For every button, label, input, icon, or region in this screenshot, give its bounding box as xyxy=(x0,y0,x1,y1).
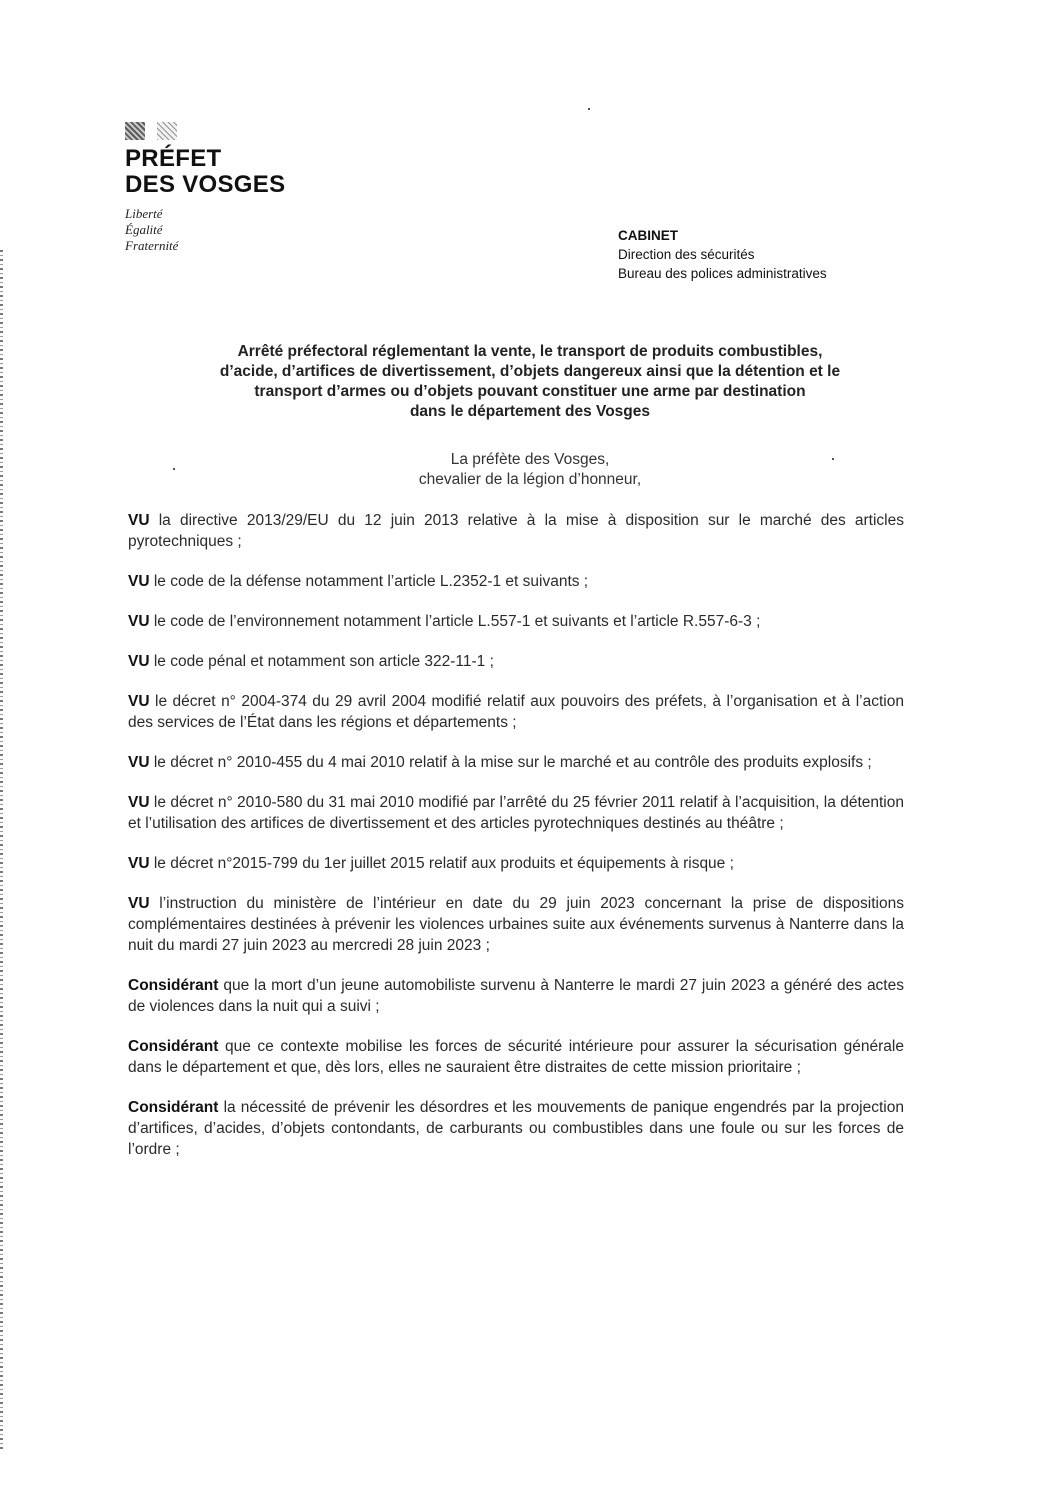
para-text: que ce contexte mobilise les forces de s… xyxy=(128,1038,904,1076)
para-lead: Considérant xyxy=(128,977,218,994)
considerant-paragraph: Considérant que ce contexte mobilise les… xyxy=(128,1036,904,1078)
vu-paragraph: VU le décret n° 2010-580 du 31 mai 2010 … xyxy=(128,792,904,834)
scan-edge-artifact xyxy=(0,250,3,1450)
para-text: le décret n°2015-799 du 1er juillet 2015… xyxy=(150,855,734,872)
title-line-1: Arrêté préfectoral réglementant la vente… xyxy=(150,342,910,362)
motto-egalite: Égalité xyxy=(125,222,285,238)
prefet-line-1: PRÉFET xyxy=(125,146,285,172)
para-text: le décret n° 2004-374 du 29 avril 2004 m… xyxy=(128,693,904,731)
vu-paragraph: VU le décret n°2015-799 du 1er juillet 2… xyxy=(128,853,904,874)
considerant-paragraph: Considérant que la mort d’un jeune autom… xyxy=(128,975,904,1017)
marianne-right-icon xyxy=(157,122,177,140)
republic-motto: Liberté Égalité Fraternité xyxy=(125,206,285,254)
para-text: le décret n° 2010-455 du 4 mai 2010 rela… xyxy=(150,754,872,771)
title-line-3: transport d’armes ou d’objets pouvant co… xyxy=(150,382,910,402)
para-text: le code pénal et notamment son article 3… xyxy=(150,653,494,670)
para-lead: VU xyxy=(128,794,150,811)
para-lead: VU xyxy=(128,855,150,872)
para-text: le décret n° 2010-580 du 31 mai 2010 mod… xyxy=(128,794,904,832)
vu-paragraph: VU le décret n° 2010-455 du 4 mai 2010 r… xyxy=(128,752,904,773)
authority-line-2: chevalier de la légion d’honneur, xyxy=(150,470,910,490)
vu-paragraph: VU le code pénal et notamment son articl… xyxy=(128,651,904,672)
para-lead: Considérant xyxy=(128,1038,218,1055)
para-lead: VU xyxy=(128,512,150,529)
considerant-paragraph: Considérant la nécessité de prévenir les… xyxy=(128,1097,904,1160)
service-bureau: Bureau des polices administratives xyxy=(618,264,827,283)
para-lead: VU xyxy=(128,573,150,590)
para-text: le code de l’environnement notamment l’a… xyxy=(150,613,761,630)
vu-paragraph: VU le code de l’environnement notamment … xyxy=(128,611,904,632)
para-text: que la mort d’un jeune automobiliste sur… xyxy=(128,977,904,1015)
service-direction: Direction des sécurités xyxy=(618,245,827,264)
para-lead: VU xyxy=(128,754,150,771)
vu-paragraph: VU le code de la défense notamment l’art… xyxy=(128,571,904,592)
document-body: VU la directive 2013/29/EU du 12 juin 20… xyxy=(128,510,904,1179)
motto-fraternite: Fraternité xyxy=(125,238,285,254)
authority-block: La préfète des Vosges, chevalier de la l… xyxy=(150,450,910,490)
issuing-service: CABINET Direction des sécurités Bureau d… xyxy=(618,226,827,283)
para-lead: VU xyxy=(128,653,150,670)
vu-paragraph: VU la directive 2013/29/EU du 12 juin 20… xyxy=(128,510,904,552)
title-line-4: dans le département des Vosges xyxy=(150,402,910,422)
para-lead: VU xyxy=(128,613,150,630)
para-lead: VU xyxy=(128,693,150,710)
vu-paragraph: VU l’instruction du ministère de l’intér… xyxy=(128,893,904,956)
service-head: CABINET xyxy=(618,226,827,245)
prefecture-logo: PRÉFET DES VOSGES Liberté Égalité Frater… xyxy=(125,122,285,254)
prefet-line-2: DES VOSGES xyxy=(125,172,285,198)
motto-liberte: Liberté xyxy=(125,206,285,222)
authority-line-1: La préfète des Vosges, xyxy=(150,450,910,470)
para-text: la nécessité de prévenir les désordres e… xyxy=(128,1099,904,1158)
decree-title: Arrêté préfectoral réglementant la vente… xyxy=(150,342,910,422)
vu-paragraph: VU le décret n° 2004-374 du 29 avril 200… xyxy=(128,691,904,733)
para-text: la directive 2013/29/EU du 12 juin 2013 … xyxy=(128,512,904,550)
para-text: le code de la défense notamment l’articl… xyxy=(150,573,589,590)
para-text: l’instruction du ministère de l’intérieu… xyxy=(128,895,904,954)
title-line-2: d’acide, d’artifices de divertissement, … xyxy=(150,362,910,382)
scan-speck xyxy=(588,108,590,110)
para-lead: VU xyxy=(128,895,150,912)
marianne-left-icon xyxy=(125,122,145,140)
para-lead: Considérant xyxy=(128,1099,218,1116)
marianne-emblem-icon xyxy=(125,122,285,140)
